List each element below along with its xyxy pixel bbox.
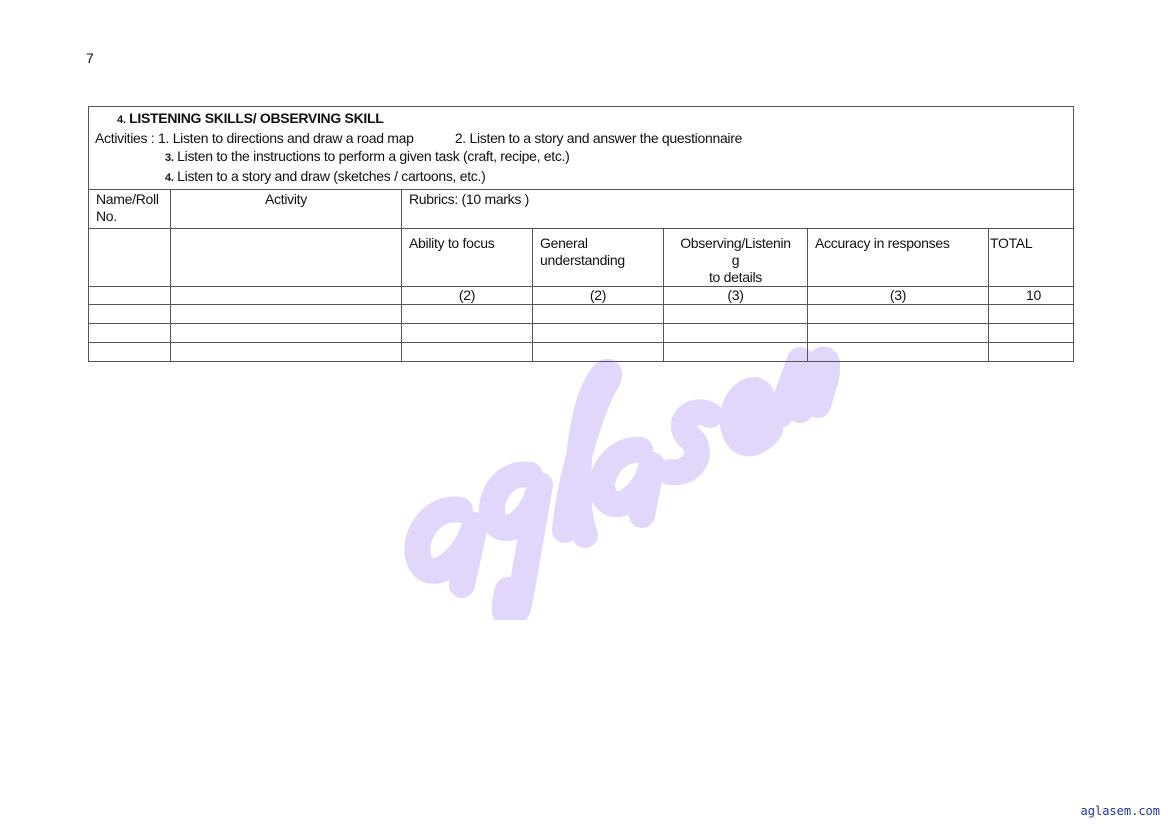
activity-item: Listen to the instructions to perform a …	[177, 148, 569, 164]
score-entry-cell[interactable]	[402, 324, 533, 343]
total-entry-cell[interactable]	[989, 324, 1074, 343]
table-row	[89, 305, 1074, 324]
table-row	[89, 324, 1074, 343]
marks-row: (2) (2) (3) (3) 10	[89, 287, 1074, 305]
page-number: 7	[86, 50, 94, 66]
rubric-criteria-row: Ability to focus Generalunderstanding Ob…	[89, 229, 1074, 287]
blank-cell	[171, 287, 402, 305]
section-header-cell: 4. LISTENING SKILLS/ OBSERVING SKILL Act…	[89, 107, 1074, 190]
marks-cell: (2)	[402, 287, 533, 305]
activity-item: Listen to directions and draw a road map	[173, 130, 414, 146]
column-header-row: Name/RollNo. Activity Rubrics: (10 marks…	[89, 190, 1074, 229]
score-entry-cell[interactable]	[533, 343, 664, 362]
name-entry-cell[interactable]	[89, 305, 171, 324]
rubric-general-understanding: Generalunderstanding	[533, 229, 664, 287]
score-entry-cell[interactable]	[808, 343, 989, 362]
total-entry-cell[interactable]	[989, 305, 1074, 324]
score-entry-cell[interactable]	[808, 305, 989, 324]
rubric-observing-listening: Observing/Listeningto details	[664, 229, 808, 287]
activity-entry-cell[interactable]	[171, 343, 402, 362]
blank-cell	[89, 229, 171, 287]
blank-cell	[171, 229, 402, 287]
rubric-ability-to-focus: Ability to focus	[402, 229, 533, 287]
score-entry-cell[interactable]	[664, 305, 808, 324]
activities-label: Activities :	[95, 130, 154, 146]
name-entry-cell[interactable]	[89, 324, 171, 343]
activity-entry-cell[interactable]	[171, 305, 402, 324]
activities-line-2: 3. Listen to the instructions to perform…	[95, 147, 1067, 167]
score-entry-cell[interactable]	[808, 324, 989, 343]
activities-line-3: 4. Listen to a story and draw (sketches …	[95, 167, 1067, 187]
rubric-total: TOTAL	[989, 229, 1074, 287]
score-entry-cell[interactable]	[533, 324, 664, 343]
table-row	[89, 343, 1074, 362]
activity-item: Listen to a story and answer the questio…	[469, 130, 742, 146]
blank-cell	[89, 287, 171, 305]
score-entry-cell[interactable]	[664, 343, 808, 362]
score-entry-cell[interactable]	[664, 324, 808, 343]
activity-item: Listen to a story and draw (sketches / c…	[177, 168, 485, 184]
rubrics-header: Rubrics: (10 marks )	[402, 190, 1074, 229]
total-entry-cell[interactable]	[989, 343, 1074, 362]
activities-line-1: Activities : 1. Listen to directions and…	[95, 129, 1067, 147]
marks-cell: (3)	[808, 287, 989, 305]
activity-header: Activity	[171, 190, 402, 229]
activity-entry-cell[interactable]	[171, 324, 402, 343]
section-title: 4. LISTENING SKILLS/ OBSERVING SKILL	[95, 109, 1067, 129]
total-marks-cell: 10	[989, 287, 1074, 305]
score-entry-cell[interactable]	[402, 343, 533, 362]
listening-skills-rubric-table: 4. LISTENING SKILLS/ OBSERVING SKILL Act…	[88, 106, 1074, 362]
name-roll-header: Name/RollNo.	[89, 190, 171, 229]
score-entry-cell[interactable]	[533, 305, 664, 324]
rubric-accuracy: Accuracy in responses	[808, 229, 989, 287]
marks-cell: (2)	[533, 287, 664, 305]
name-entry-cell[interactable]	[89, 343, 171, 362]
aglasem-footer-link[interactable]: aglasem.com	[1081, 804, 1160, 818]
marks-cell: (3)	[664, 287, 808, 305]
score-entry-cell[interactable]	[402, 305, 533, 324]
